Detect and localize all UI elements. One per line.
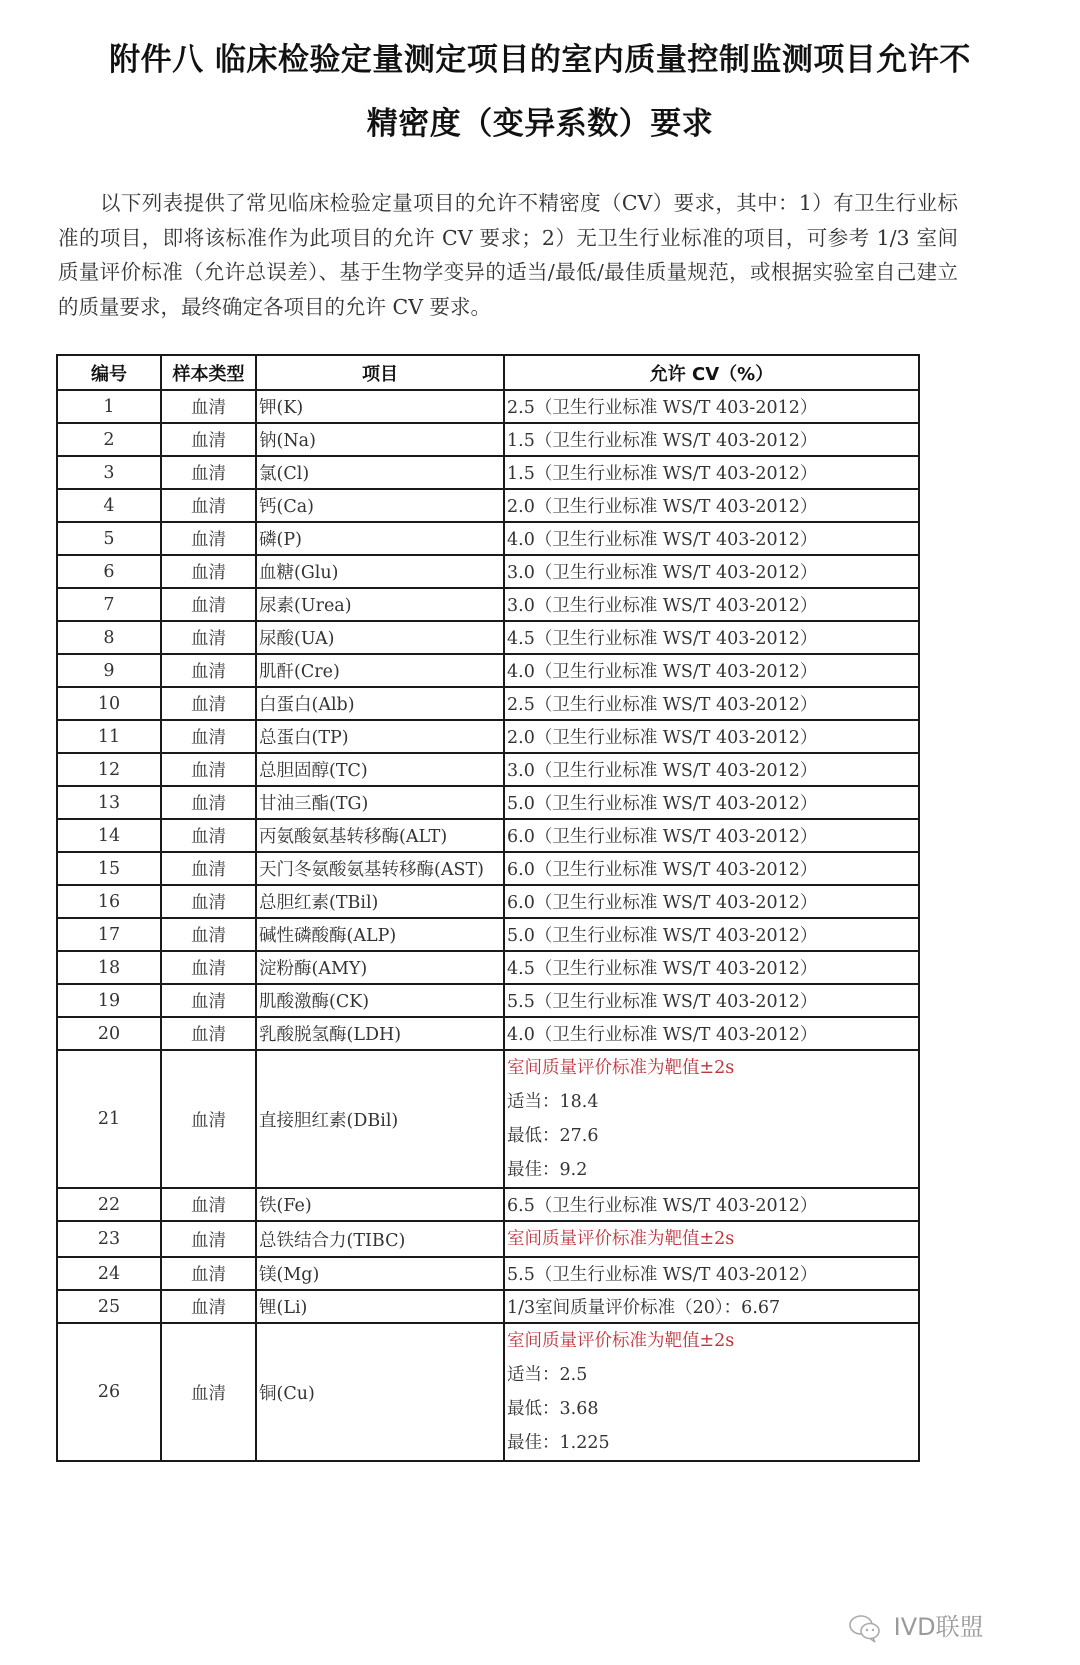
cell-item: 尿素(Urea): [256, 588, 504, 621]
table-row: 15血清天门冬氨酸氨基转移酶(AST)6.0（卫生行业标准 WS/T 403-2…: [57, 852, 919, 885]
cell-item: 碱性磷酸酶(ALP): [256, 918, 504, 951]
header-item: 项目: [256, 355, 504, 390]
cell-allowed-cv: 3.0（卫生行业标准 WS/T 403-2012）: [504, 753, 919, 786]
table-row: 4血清钙(Ca)2.0（卫生行业标准 WS/T 403-2012）: [57, 489, 919, 522]
cell-allowed-cv: 3.0（卫生行业标准 WS/T 403-2012）: [504, 555, 919, 588]
cell-item: 铜(Cu): [256, 1323, 504, 1461]
cell-item: 钙(Ca): [256, 489, 504, 522]
cell-sample-type: 血清: [161, 786, 256, 819]
cell-sample-type: 血清: [161, 852, 256, 885]
header-number: 编号: [57, 355, 161, 390]
cv-eqa-standard: 室间质量评价标准为靶值±2s: [507, 1051, 916, 1085]
cell-number: 13: [57, 786, 161, 819]
cell-allowed-cv: 6.0（卫生行业标准 WS/T 403-2012）: [504, 819, 919, 852]
cell-number: 19: [57, 984, 161, 1017]
cell-sample-type: 血清: [161, 819, 256, 852]
cell-item: 锂(Li): [256, 1290, 504, 1323]
cell-allowed-cv: 5.0（卫生行业标准 WS/T 403-2012）: [504, 786, 919, 819]
cell-item: 钾(K): [256, 390, 504, 423]
cell-item: 总胆固醇(TC): [256, 753, 504, 786]
cv-requirements-table: 编号 样本类型 项目 允许 CV（%） 1血清钾(K)2.5（卫生行业标准 WS…: [56, 354, 920, 1462]
cell-number: 11: [57, 720, 161, 753]
wechat-icon: [848, 1613, 882, 1643]
cell-item: 甘油三酯(TG): [256, 786, 504, 819]
watermark-text: IVD联盟: [894, 1613, 984, 1641]
cell-item: 白蛋白(Alb): [256, 687, 504, 720]
header-allowed-cv: 允许 CV（%）: [504, 355, 919, 390]
cell-sample-type: 血清: [161, 654, 256, 687]
table-row: 17血清碱性磷酸酶(ALP)5.0（卫生行业标准 WS/T 403-2012）: [57, 918, 919, 951]
cell-item: 丙氨酸氨基转移酶(ALT): [256, 819, 504, 852]
cell-allowed-cv: 1/3室间质量评价标准（20）：6.67: [504, 1290, 919, 1323]
table-row: 19血清肌酸激酶(CK)5.5（卫生行业标准 WS/T 403-2012）: [57, 984, 919, 1017]
cell-number: 24: [57, 1257, 161, 1290]
cell-item: 肌酐(Cre): [256, 654, 504, 687]
cell-item: 铁(Fe): [256, 1188, 504, 1221]
cell-allowed-cv: 6.0（卫生行业标准 WS/T 403-2012）: [504, 852, 919, 885]
cell-sample-type: 血清: [161, 687, 256, 720]
table-row: 1血清钾(K)2.5（卫生行业标准 WS/T 403-2012）: [57, 390, 919, 423]
cell-sample-type: 血清: [161, 489, 256, 522]
cell-number: 15: [57, 852, 161, 885]
cell-number: 6: [57, 555, 161, 588]
cell-allowed-cv: 2.0（卫生行业标准 WS/T 403-2012）: [504, 720, 919, 753]
cell-item: 尿酸(UA): [256, 621, 504, 654]
cell-item: 总铁结合力(TIBC): [256, 1221, 504, 1257]
cell-allowed-cv: 2.0（卫生行业标准 WS/T 403-2012）: [504, 489, 919, 522]
cell-sample-type: 血清: [161, 1050, 256, 1188]
cell-number: 26: [57, 1323, 161, 1461]
table-header-row: 编号 样本类型 项目 允许 CV（%）: [57, 355, 919, 390]
cell-number: 21: [57, 1050, 161, 1188]
cv-eqa-standard: 室间质量评价标准为靶值±2s: [507, 1222, 916, 1256]
table-row: 22血清铁(Fe)6.5（卫生行业标准 WS/T 403-2012）: [57, 1188, 919, 1221]
cell-allowed-cv: 5.0（卫生行业标准 WS/T 403-2012）: [504, 918, 919, 951]
cell-item: 钠(Na): [256, 423, 504, 456]
cell-number: 14: [57, 819, 161, 852]
cell-item: 总胆红素(TBil): [256, 885, 504, 918]
table-row: 26血清铜(Cu)室间质量评价标准为靶值±2s适当：2.5最低：3.68最佳：1…: [57, 1323, 919, 1461]
cell-allowed-cv: 4.0（卫生行业标准 WS/T 403-2012）: [504, 1017, 919, 1050]
cell-allowed-cv: 5.5（卫生行业标准 WS/T 403-2012）: [504, 984, 919, 1017]
table-row: 7血清尿素(Urea)3.0（卫生行业标准 WS/T 403-2012）: [57, 588, 919, 621]
cell-sample-type: 血清: [161, 522, 256, 555]
cell-number: 10: [57, 687, 161, 720]
cell-sample-type: 血清: [161, 390, 256, 423]
table-row: 6血清血糖(Glu)3.0（卫生行业标准 WS/T 403-2012）: [57, 555, 919, 588]
cell-allowed-cv: 6.5（卫生行业标准 WS/T 403-2012）: [504, 1188, 919, 1221]
cell-number: 7: [57, 588, 161, 621]
cell-allowed-cv: 室间质量评价标准为靶值±2s: [504, 1221, 919, 1257]
table-row: 11血清总蛋白(TP)2.0（卫生行业标准 WS/T 403-2012）: [57, 720, 919, 753]
cell-number: 5: [57, 522, 161, 555]
cell-item: 镁(Mg): [256, 1257, 504, 1290]
cell-item: 总蛋白(TP): [256, 720, 504, 753]
table-row: 10血清白蛋白(Alb)2.5（卫生行业标准 WS/T 403-2012）: [57, 687, 919, 720]
intro-text: 以下列表提供了常见临床检验定量项目的允许不精密度（CV）要求，其中：1）有卫生行…: [58, 186, 958, 324]
cell-allowed-cv: 4.5（卫生行业标准 WS/T 403-2012）: [504, 621, 919, 654]
table-row: 20血清乳酸脱氢酶(LDH)4.0（卫生行业标准 WS/T 403-2012）: [57, 1017, 919, 1050]
cell-number: 8: [57, 621, 161, 654]
cell-sample-type: 血清: [161, 456, 256, 489]
cell-sample-type: 血清: [161, 1323, 256, 1461]
cell-sample-type: 血清: [161, 885, 256, 918]
page-title-line2: 精密度（变异系数）要求: [0, 98, 1080, 143]
cell-sample-type: 血清: [161, 1188, 256, 1221]
cell-allowed-cv: 5.5（卫生行业标准 WS/T 403-2012）: [504, 1257, 919, 1290]
cell-allowed-cv: 2.5（卫生行业标准 WS/T 403-2012）: [504, 390, 919, 423]
cv-quality-level: 最佳：1.225: [507, 1426, 916, 1460]
watermark: IVD联盟: [848, 1607, 984, 1643]
cell-sample-type: 血清: [161, 918, 256, 951]
cell-sample-type: 血清: [161, 588, 256, 621]
cell-number: 23: [57, 1221, 161, 1257]
cell-allowed-cv: 4.0（卫生行业标准 WS/T 403-2012）: [504, 654, 919, 687]
table-row: 2血清钠(Na)1.5（卫生行业标准 WS/T 403-2012）: [57, 423, 919, 456]
cell-sample-type: 血清: [161, 1221, 256, 1257]
cell-allowed-cv: 室间质量评价标准为靶值±2s适当：18.4最低：27.6最佳：9.2: [504, 1050, 919, 1188]
cell-allowed-cv: 3.0（卫生行业标准 WS/T 403-2012）: [504, 588, 919, 621]
cell-number: 22: [57, 1188, 161, 1221]
cell-number: 18: [57, 951, 161, 984]
cell-number: 25: [57, 1290, 161, 1323]
table-row: 13血清甘油三酯(TG)5.0（卫生行业标准 WS/T 403-2012）: [57, 786, 919, 819]
cell-sample-type: 血清: [161, 720, 256, 753]
table-row: 9血清肌酐(Cre)4.0（卫生行业标准 WS/T 403-2012）: [57, 654, 919, 687]
table-row: 12血清总胆固醇(TC)3.0（卫生行业标准 WS/T 403-2012）: [57, 753, 919, 786]
table-row: 3血清氯(Cl)1.5（卫生行业标准 WS/T 403-2012）: [57, 456, 919, 489]
table-row: 14血清丙氨酸氨基转移酶(ALT)6.0（卫生行业标准 WS/T 403-201…: [57, 819, 919, 852]
cell-sample-type: 血清: [161, 951, 256, 984]
cell-number: 1: [57, 390, 161, 423]
cell-number: 2: [57, 423, 161, 456]
cell-number: 17: [57, 918, 161, 951]
cell-item: 磷(P): [256, 522, 504, 555]
page-title-line1: 附件八 临床检验定量测定项目的室内质量控制监测项目允许不: [0, 34, 1080, 79]
cell-number: 20: [57, 1017, 161, 1050]
cell-sample-type: 血清: [161, 1257, 256, 1290]
table-row: 5血清磷(P)4.0（卫生行业标准 WS/T 403-2012）: [57, 522, 919, 555]
cell-sample-type: 血清: [161, 555, 256, 588]
cell-allowed-cv: 6.0（卫生行业标准 WS/T 403-2012）: [504, 885, 919, 918]
cell-item: 直接胆红素(DBil): [256, 1050, 504, 1188]
table-row: 23血清总铁结合力(TIBC)室间质量评价标准为靶值±2s: [57, 1221, 919, 1257]
cell-allowed-cv: 2.5（卫生行业标准 WS/T 403-2012）: [504, 687, 919, 720]
cell-item: 天门冬氨酸氨基转移酶(AST): [256, 852, 504, 885]
intro-paragraph: 以下列表提供了常见临床检验定量项目的允许不精密度（CV）要求，其中：1）有卫生行…: [58, 186, 958, 324]
cell-sample-type: 血清: [161, 1290, 256, 1323]
header-sample-type: 样本类型: [161, 355, 256, 390]
cell-number: 4: [57, 489, 161, 522]
table-row: 21血清直接胆红素(DBil)室间质量评价标准为靶值±2s适当：18.4最低：2…: [57, 1050, 919, 1188]
cell-item: 肌酸激酶(CK): [256, 984, 504, 1017]
cell-allowed-cv: 1.5（卫生行业标准 WS/T 403-2012）: [504, 456, 919, 489]
cell-sample-type: 血清: [161, 621, 256, 654]
cell-allowed-cv: 室间质量评价标准为靶值±2s适当：2.5最低：3.68最佳：1.225: [504, 1323, 919, 1461]
cell-item: 氯(Cl): [256, 456, 504, 489]
cell-sample-type: 血清: [161, 984, 256, 1017]
cell-sample-type: 血清: [161, 423, 256, 456]
cell-sample-type: 血清: [161, 753, 256, 786]
table-row: 16血清总胆红素(TBil)6.0（卫生行业标准 WS/T 403-2012）: [57, 885, 919, 918]
cv-eqa-standard: 室间质量评价标准为靶值±2s: [507, 1324, 916, 1358]
cell-sample-type: 血清: [161, 1017, 256, 1050]
cv-quality-level: 适当：2.5: [507, 1358, 916, 1392]
cv-quality-level: 最低：27.6: [507, 1119, 916, 1153]
table-row: 18血清淀粉酶(AMY)4.5（卫生行业标准 WS/T 403-2012）: [57, 951, 919, 984]
cell-number: 9: [57, 654, 161, 687]
cell-allowed-cv: 4.5（卫生行业标准 WS/T 403-2012）: [504, 951, 919, 984]
cell-item: 淀粉酶(AMY): [256, 951, 504, 984]
cv-quality-level: 最低：3.68: [507, 1392, 916, 1426]
cv-quality-level: 适当：18.4: [507, 1085, 916, 1119]
cv-quality-level: 最佳：9.2: [507, 1153, 916, 1187]
cell-number: 12: [57, 753, 161, 786]
cell-item: 血糖(Glu): [256, 555, 504, 588]
cell-allowed-cv: 4.0（卫生行业标准 WS/T 403-2012）: [504, 522, 919, 555]
cell-number: 3: [57, 456, 161, 489]
table-row: 24血清镁(Mg)5.5（卫生行业标准 WS/T 403-2012）: [57, 1257, 919, 1290]
table-row: 8血清尿酸(UA)4.5（卫生行业标准 WS/T 403-2012）: [57, 621, 919, 654]
table-row: 25血清锂(Li)1/3室间质量评价标准（20）：6.67: [57, 1290, 919, 1323]
cell-number: 16: [57, 885, 161, 918]
cell-allowed-cv: 1.5（卫生行业标准 WS/T 403-2012）: [504, 423, 919, 456]
cell-item: 乳酸脱氢酶(LDH): [256, 1017, 504, 1050]
